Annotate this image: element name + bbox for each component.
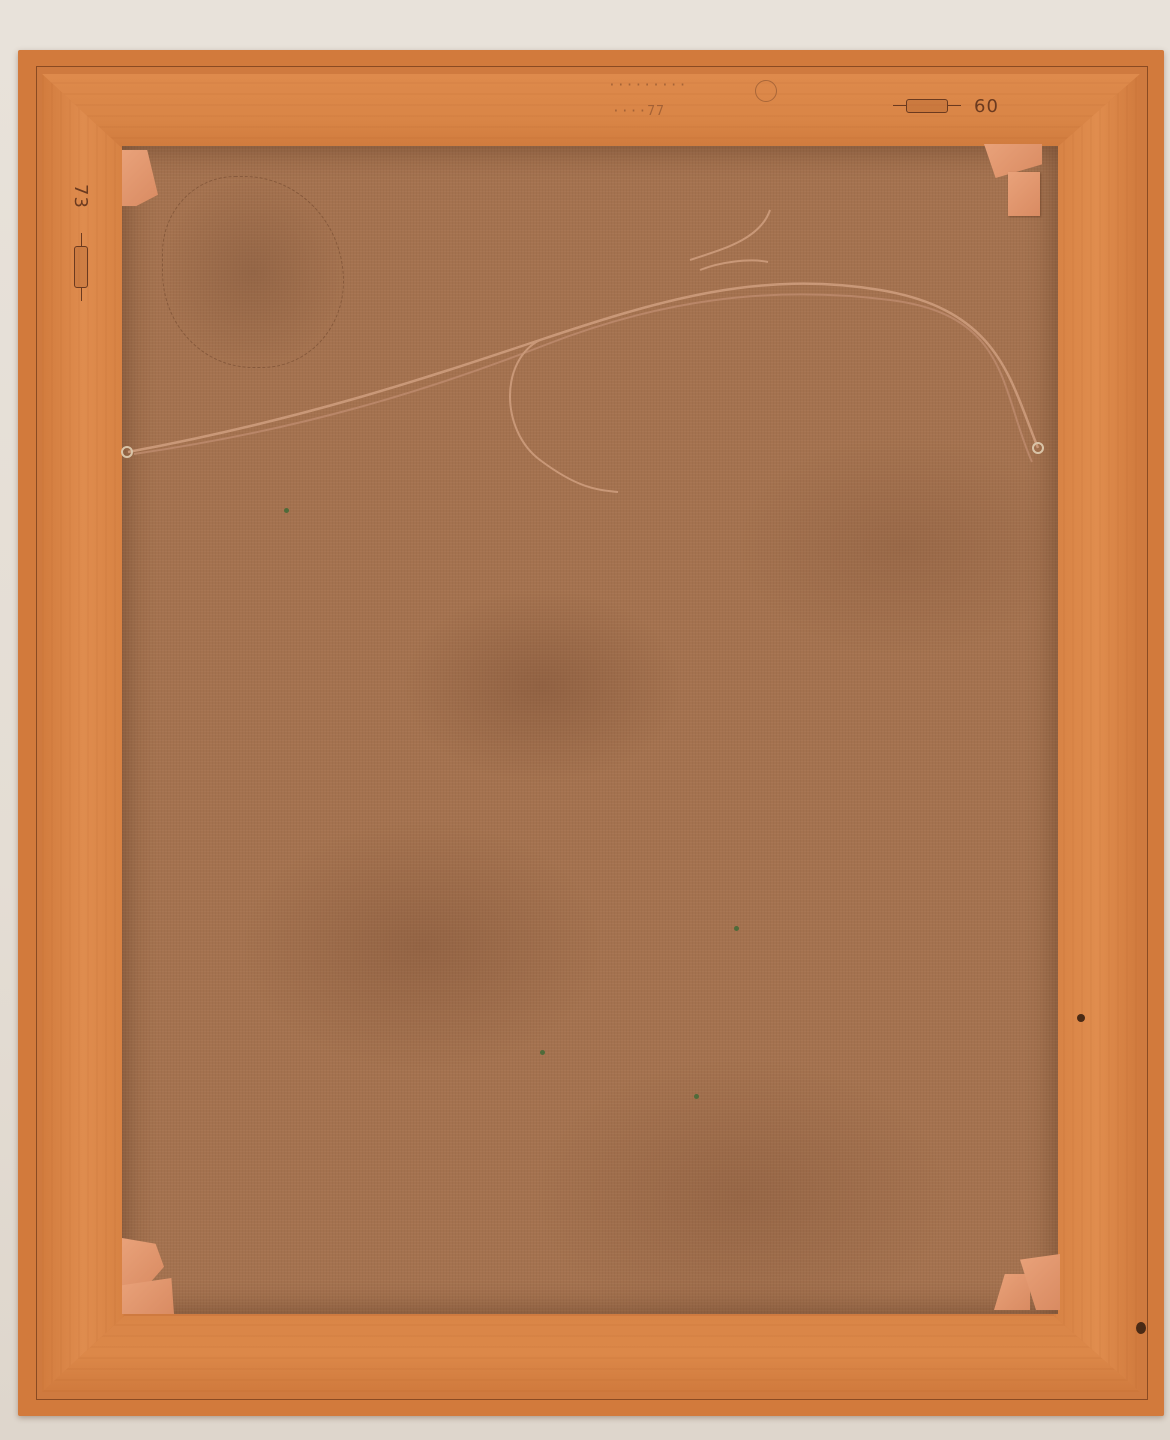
wood-knot (1136, 1322, 1146, 1334)
eye-screw-icon (1032, 442, 1044, 454)
eye-screw-icon (121, 446, 133, 458)
hanging-cord (0, 0, 1170, 1440)
wood-knot (1077, 1014, 1085, 1022)
